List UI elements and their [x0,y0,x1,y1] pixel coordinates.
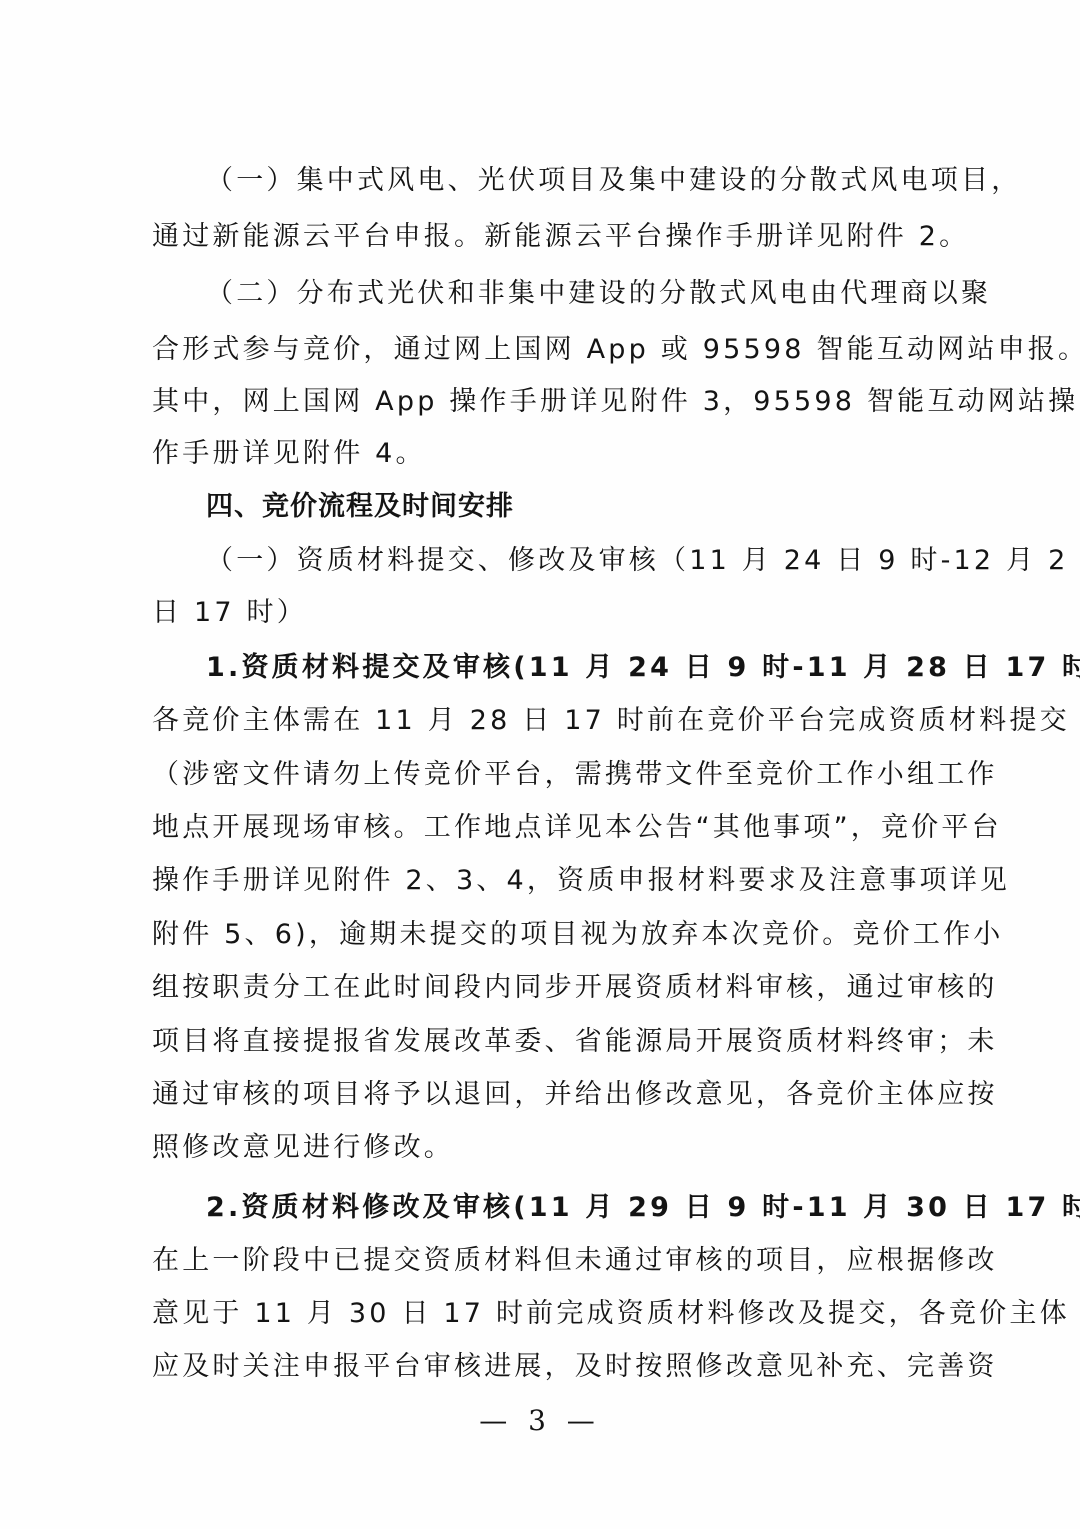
paragraph-line: 组按职责分工在此时间段内同步开展资质材料审核，通过审核的 [152,971,942,1005]
paragraph-line: 地点开展现场审核。工作地点详见本公告“其他事项”，竞价平台 [152,811,942,845]
paragraph-line: 应及时关注申报平台审核进展，及时按照修改意见补充、完善资 [152,1350,942,1384]
paragraph-line: 项目将直接提报省发展改革委、省能源局开展资质材料终审；未 [152,1025,942,1059]
paragraph-line: 照修改意见进行修改。 [152,1131,942,1165]
subsection-title-line: （一）资质材料提交、修改及审核（11 月 24 日 9 时-12 月 2 [206,544,942,578]
paragraph-line: 合形式参与竞价，通过网上国网 App 或 95598 智能互动网站申报。 [152,333,942,367]
paragraph-line: 意见于 11 月 30 日 17 时前完成资质材料修改及提交，各竞价主体 [152,1297,942,1331]
paragraph-line: 作手册详见附件 4。 [152,437,942,471]
paragraph-line: 其中，网上国网 App 操作手册详见附件 3，95598 智能互动网站操 [152,385,942,419]
section-heading: 四、竞价流程及时间安排 [206,490,942,524]
paragraph-line: 操作手册详见附件 2、3、4，资质申报材料要求及注意事项详见 [152,864,942,898]
item-title-line: 2.资质材料修改及审核(11 月 29 日 9 时-11 月 30 日 17 时… [206,1191,942,1225]
paragraph-line: 通过审核的项目将予以退回，并给出修改意见，各竞价主体应按 [152,1078,942,1112]
paragraph-line: 通过新能源云平台申报。新能源云平台操作手册详见附件 2。 [152,220,942,254]
paragraph-line: （二）分布式光伏和非集中建设的分散式风电由代理商以聚 [206,277,942,311]
paragraph-line: （一）集中式风电、光伏项目及集中建设的分散式风电项目， [206,164,942,198]
paragraph-line: 各竞价主体需在 11 月 28 日 17 时前在竞价平台完成资质材料提交 [152,704,942,738]
paragraph-line: （涉密文件请勿上传竞价平台，需携带文件至竞价工作小组工作 [152,758,942,792]
paragraph-line: 在上一阶段中已提交资质材料但未通过审核的项目，应根据修改 [152,1244,942,1278]
item-title-line: 1.资质材料提交及审核(11 月 24 日 9 时-11 月 28 日 17 时… [206,651,942,685]
subsection-title-line: 日 17 时） [152,596,942,630]
paragraph-line: 附件 5、6)，逾期未提交的项目视为放弃本次竞价。竞价工作小 [152,918,942,952]
document-page: （一）集中式风电、光伏项目及集中建设的分散式风电项目， 通过新能源云平台申报。新… [0,0,1080,1529]
page-number: — 3 — [0,1404,1080,1437]
